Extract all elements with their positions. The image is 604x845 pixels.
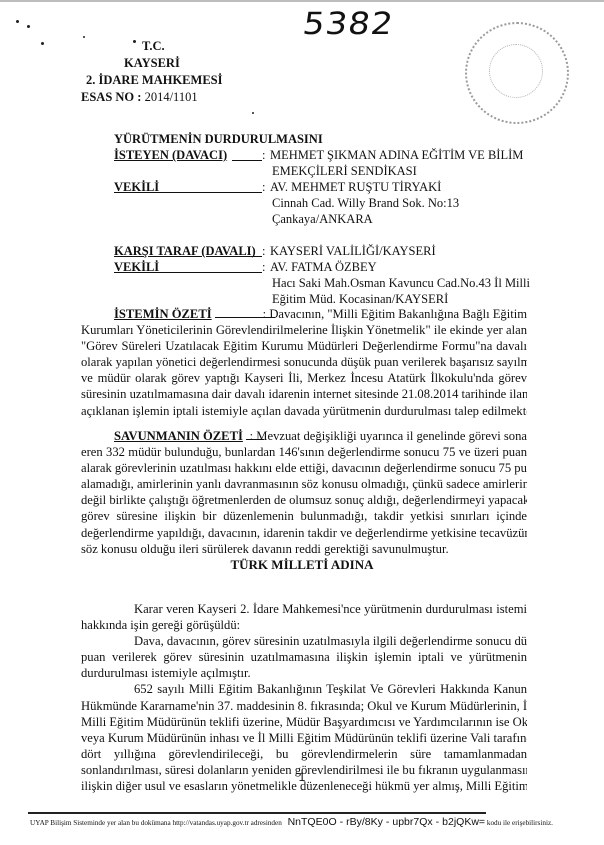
page-number: 1 (0, 770, 604, 784)
access-code: upbr7Qx (392, 816, 432, 828)
text-line: puan verilerek görev süresinin uzatılmam… (81, 649, 527, 665)
text-line: Karar veren Kayseri 2. İdare Mahkemesi'n… (81, 601, 527, 617)
text-line: değerlendirme yapıldığı, davacının, idar… (81, 525, 527, 541)
text-line: dört yıllığına görevlendirileceği, bu gö… (81, 746, 527, 762)
scan-speck (16, 20, 19, 23)
text-line: alarak görevlerinin uzatılması hakkını e… (81, 460, 527, 476)
claim-summary-first-line: : Davacının, "Milli Eğitim Bakanlığına B… (263, 306, 527, 322)
party-label-vekil: VEKİLİ (114, 259, 159, 275)
document-page: T.C. KAYSERİ 2. İDARE MAHKEMESİ ESAS NO … (0, 0, 604, 845)
text-line: görev süresine ilişkin bir düzenlemenin … (81, 508, 527, 524)
party-address: Çankaya/ANKARA (272, 211, 373, 227)
party-value: MEHMET ŞIKMAN ADINA EĞİTİM VE BİLİM (270, 147, 523, 163)
text-line: Kurumları Yöneticilerinin Görevlendirilm… (81, 322, 527, 338)
party-value: AV. MEHMET RUŞTU TİRYAKİ (270, 179, 441, 195)
text-line: veya Kurum Müdürünün inhası ve İl Milli … (81, 730, 527, 746)
scan-speck (27, 25, 30, 28)
handwritten-number: 5382 (300, 6, 396, 42)
decision-body: Karar veren Kayseri 2. İdare Mahkemesi'n… (81, 601, 527, 794)
esas-label: ESAS NO : (81, 90, 141, 104)
parties-title: YÜRÜTMENİN DURDURULMASINI (114, 131, 323, 147)
scan-speck (41, 42, 44, 45)
header-tc: T.C. (142, 38, 165, 55)
party-address: Eğitim Müd. Kocasinan/KAYSERİ (272, 291, 448, 307)
party-value: AV. FATMA ÖZBEY (270, 259, 377, 275)
text-line: değil birlikte çalıştığı öğretmenlerden … (81, 492, 527, 508)
parties-block: YÜRÜTMENİN DURDURULMASINI İSTEYEN (DAVAC… (114, 131, 554, 307)
party-label-davaci: İSTEYEN (DAVACI) (114, 147, 227, 163)
defense-summary-first-line: : Mevzuat değişikliği uyarınca il geneli… (250, 428, 527, 444)
footer-text: UYAP Bilişim Sisteminde yer alan bu dokü… (30, 819, 282, 827)
text-line: alamadığı, amirlerinin yanlı davranmasın… (81, 476, 527, 492)
scan-top-edge (0, 0, 604, 2)
claim-summary-heading: İSTEMİN ÖZETİ (114, 307, 212, 321)
access-code: rBy/8Ky (346, 816, 383, 828)
text-line: Dava, davacının, görev süresinin uzatılm… (81, 633, 527, 649)
claim-summary-section: İSTEMİN ÖZETİ : Davacının, "Milli Eğitim… (81, 306, 527, 419)
decision-heading: TÜRK MİLLETİ ADINA (0, 557, 604, 573)
access-code: NnTQE0O (288, 816, 337, 828)
uyap-footer: UYAP Bilişim Sisteminde yer alan bu dokü… (30, 816, 600, 829)
text-line: ve müdür olarak görev yaptığı Kayseri İl… (81, 370, 527, 386)
footer-rule (28, 812, 283, 814)
text-line: süresinin uzatılmamasına dair davalı ida… (81, 386, 527, 402)
seal-stamp-icon (465, 22, 569, 124)
scan-speck (252, 112, 254, 114)
text-line: Milli Eğitim Müdürünün teklifi üzerine, … (81, 714, 527, 730)
header-court: 2. İDARE MAHKEMESİ (86, 72, 222, 89)
footer-rule (283, 812, 486, 814)
party-label-davali: KARŞI TARAF (DAVALI) (114, 243, 256, 259)
footer-suffix: kodu ile erişebilirsiniz. (487, 819, 553, 827)
text-line: durdurulması istemiyle açılmıştır. (81, 665, 527, 681)
text-line: olarak yapılan yönetici değerlendirmesi … (81, 354, 527, 370)
text-line: hakkında işin gereği görüşüldü: (81, 617, 527, 633)
text-line: 652 sayılı Milli Eğitim Bakanlığının Teş… (81, 681, 527, 697)
party-address: Cinnah Cad. Willy Brand Sok. No:13 (272, 195, 459, 211)
party-value: EMEKÇİLERİ SENDİKASI (272, 163, 417, 179)
text-line: söz konusu olduğu ileri sürülerek davanı… (81, 541, 527, 557)
text-line: Hükmünde Kararname'nin 37. maddesinin 8.… (81, 698, 527, 714)
defense-summary-section: SAVUNMANIN ÖZETİ : Mevzuat değişikliği u… (81, 428, 527, 557)
scan-speck (133, 40, 136, 43)
party-address: Hacı Saki Mah.Osman Kavuncu Cad.No.43 İl… (272, 275, 530, 291)
scan-speck (83, 36, 85, 38)
text-line: eren 332 müdür bulunduğu, bunlardan 146'… (81, 444, 527, 460)
access-code: b2jQKw= (442, 816, 485, 828)
header-city: KAYSERİ (124, 55, 180, 72)
text-line: açıklanan işlemin iptali istemiyle açıla… (81, 403, 527, 419)
party-label-vekil: VEKİLİ (114, 179, 159, 195)
header-esas-no: ESAS NO : 2014/1101 (81, 89, 198, 106)
text-line: "Görev Süreleri Uzatılacak Eğitim Kurumu… (81, 338, 527, 354)
party-value: KAYSERİ VALİLİĞİ/KAYSERİ (270, 243, 436, 259)
defense-summary-heading: SAVUNMANIN ÖZETİ (114, 429, 243, 443)
esas-value: 2014/1101 (145, 90, 198, 104)
